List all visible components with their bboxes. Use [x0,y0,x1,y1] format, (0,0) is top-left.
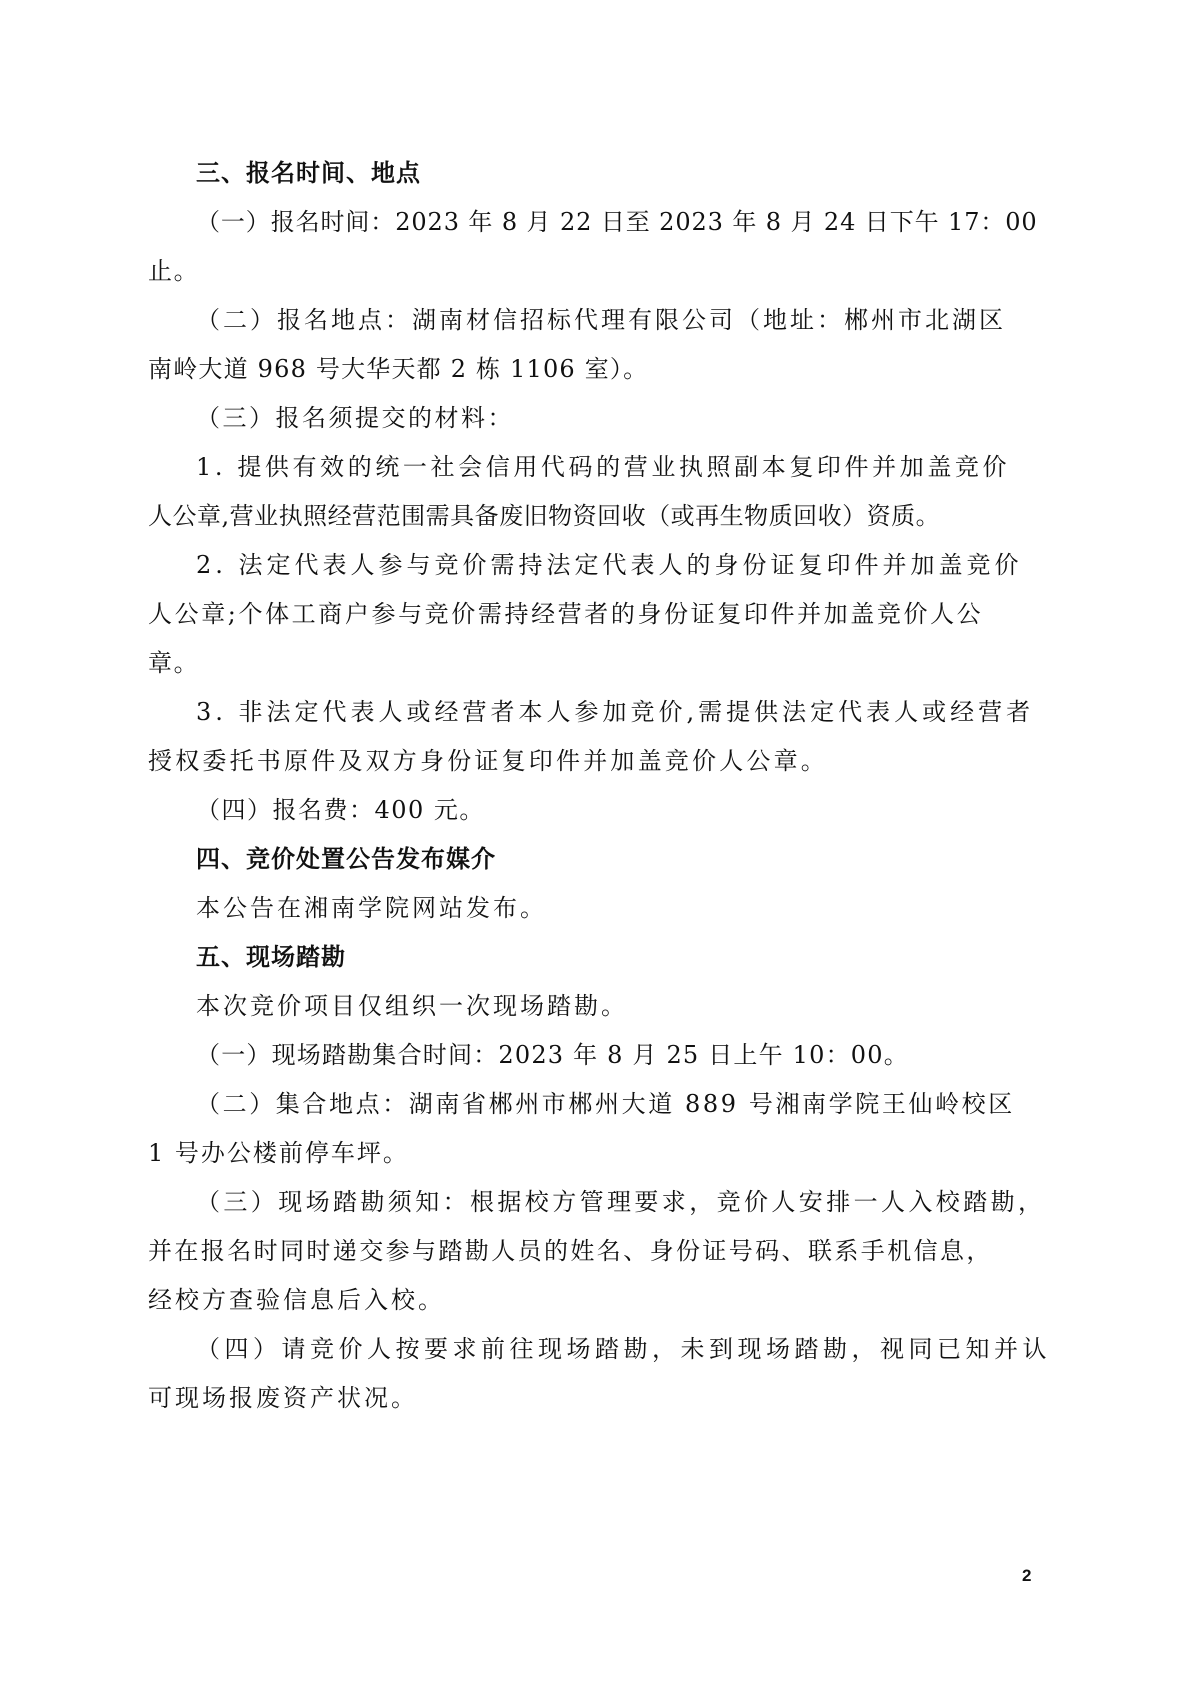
site-visit-intro: 本次竞价项目仅组织一次现场踏勘。 [196,990,1096,1022]
document-page: 三、报名时间、地点 （一）报名时间：2023 年 8 月 22 日至 2023 … [0,0,1191,1684]
registration-time-line-2: 止。 [148,255,1048,287]
section-heading-site-visit: 五、现场踏勘 [196,941,1096,973]
site-visit-time: （一）现场踏勘集合时间：2023 年 8 月 25 日上午 10：00。 [196,1039,1096,1071]
site-visit-notice-line-3: 经校方查验信息后入校。 [148,1284,1048,1316]
site-visit-notice-line-1: （三）现场踏勘须知：根据校方管理要求，竞价人安排一人入校踏勘， [196,1186,1096,1218]
site-visit-place-line-1: （二）集合地点：湖南省郴州市郴州大道 889 号湘南学院王仙岭校区 [196,1088,1096,1120]
material-item-3-line-1: 3. 非法定代表人或经营者本人参加竞价,需提供法定代表人或经营者 [196,696,1096,728]
site-visit-notice-line-2: 并在报名时同时递交参与踏勘人员的姓名、身份证号码、联系手机信息， [148,1235,1048,1267]
material-item-1-line-1: 1. 提供有效的统一社会信用代码的营业执照副本复印件并加盖竞价 [196,451,1096,483]
registration-place-line-2: 南岭大道 968 号大华天都 2 栋 1106 室）。 [148,353,1048,385]
required-materials-label: （三）报名须提交的材料： [196,402,1096,434]
material-item-3-line-2: 授权委托书原件及双方身份证复印件并加盖竞价人公章。 [148,745,1048,777]
page-number: 2 [1022,1566,1031,1586]
material-item-2-line-3: 章。 [148,647,1048,679]
media-statement: 本公告在湘南学院网站发布。 [196,892,1096,924]
registration-place-line-1: （二）报名地点：湖南材信招标代理有限公司（地址：郴州市北湖区 [196,304,1096,336]
site-visit-requirement-line-1: （四）请竞价人按要求前往现场踏勘，未到现场踏勘，视同已知并认 [196,1333,1096,1365]
material-item-2-line-2: 人公章;个体工商户参与竞价需持经营者的身份证复印件并加盖竞价人公 [148,598,1048,630]
material-item-2-line-1: 2. 法定代表人参与竞价需持法定代表人的身份证复印件并加盖竞价 [196,549,1096,581]
section-heading-media: 四、竞价处置公告发布媒介 [196,843,1096,875]
material-item-1-line-2: 人公章,营业执照经营范围需具备废旧物资回收（或再生物质回收）资质。 [148,500,1048,532]
site-visit-place-line-2: 1 号办公楼前停车坪。 [148,1137,1048,1169]
section-heading-registration: 三、报名时间、地点 [196,157,1096,189]
registration-time-line-1: （一）报名时间：2023 年 8 月 22 日至 2023 年 8 月 24 日… [196,206,1096,238]
site-visit-requirement-line-2: 可现场报废资产状况。 [148,1382,1048,1414]
registration-fee: （四）报名费：400 元。 [196,794,1096,826]
